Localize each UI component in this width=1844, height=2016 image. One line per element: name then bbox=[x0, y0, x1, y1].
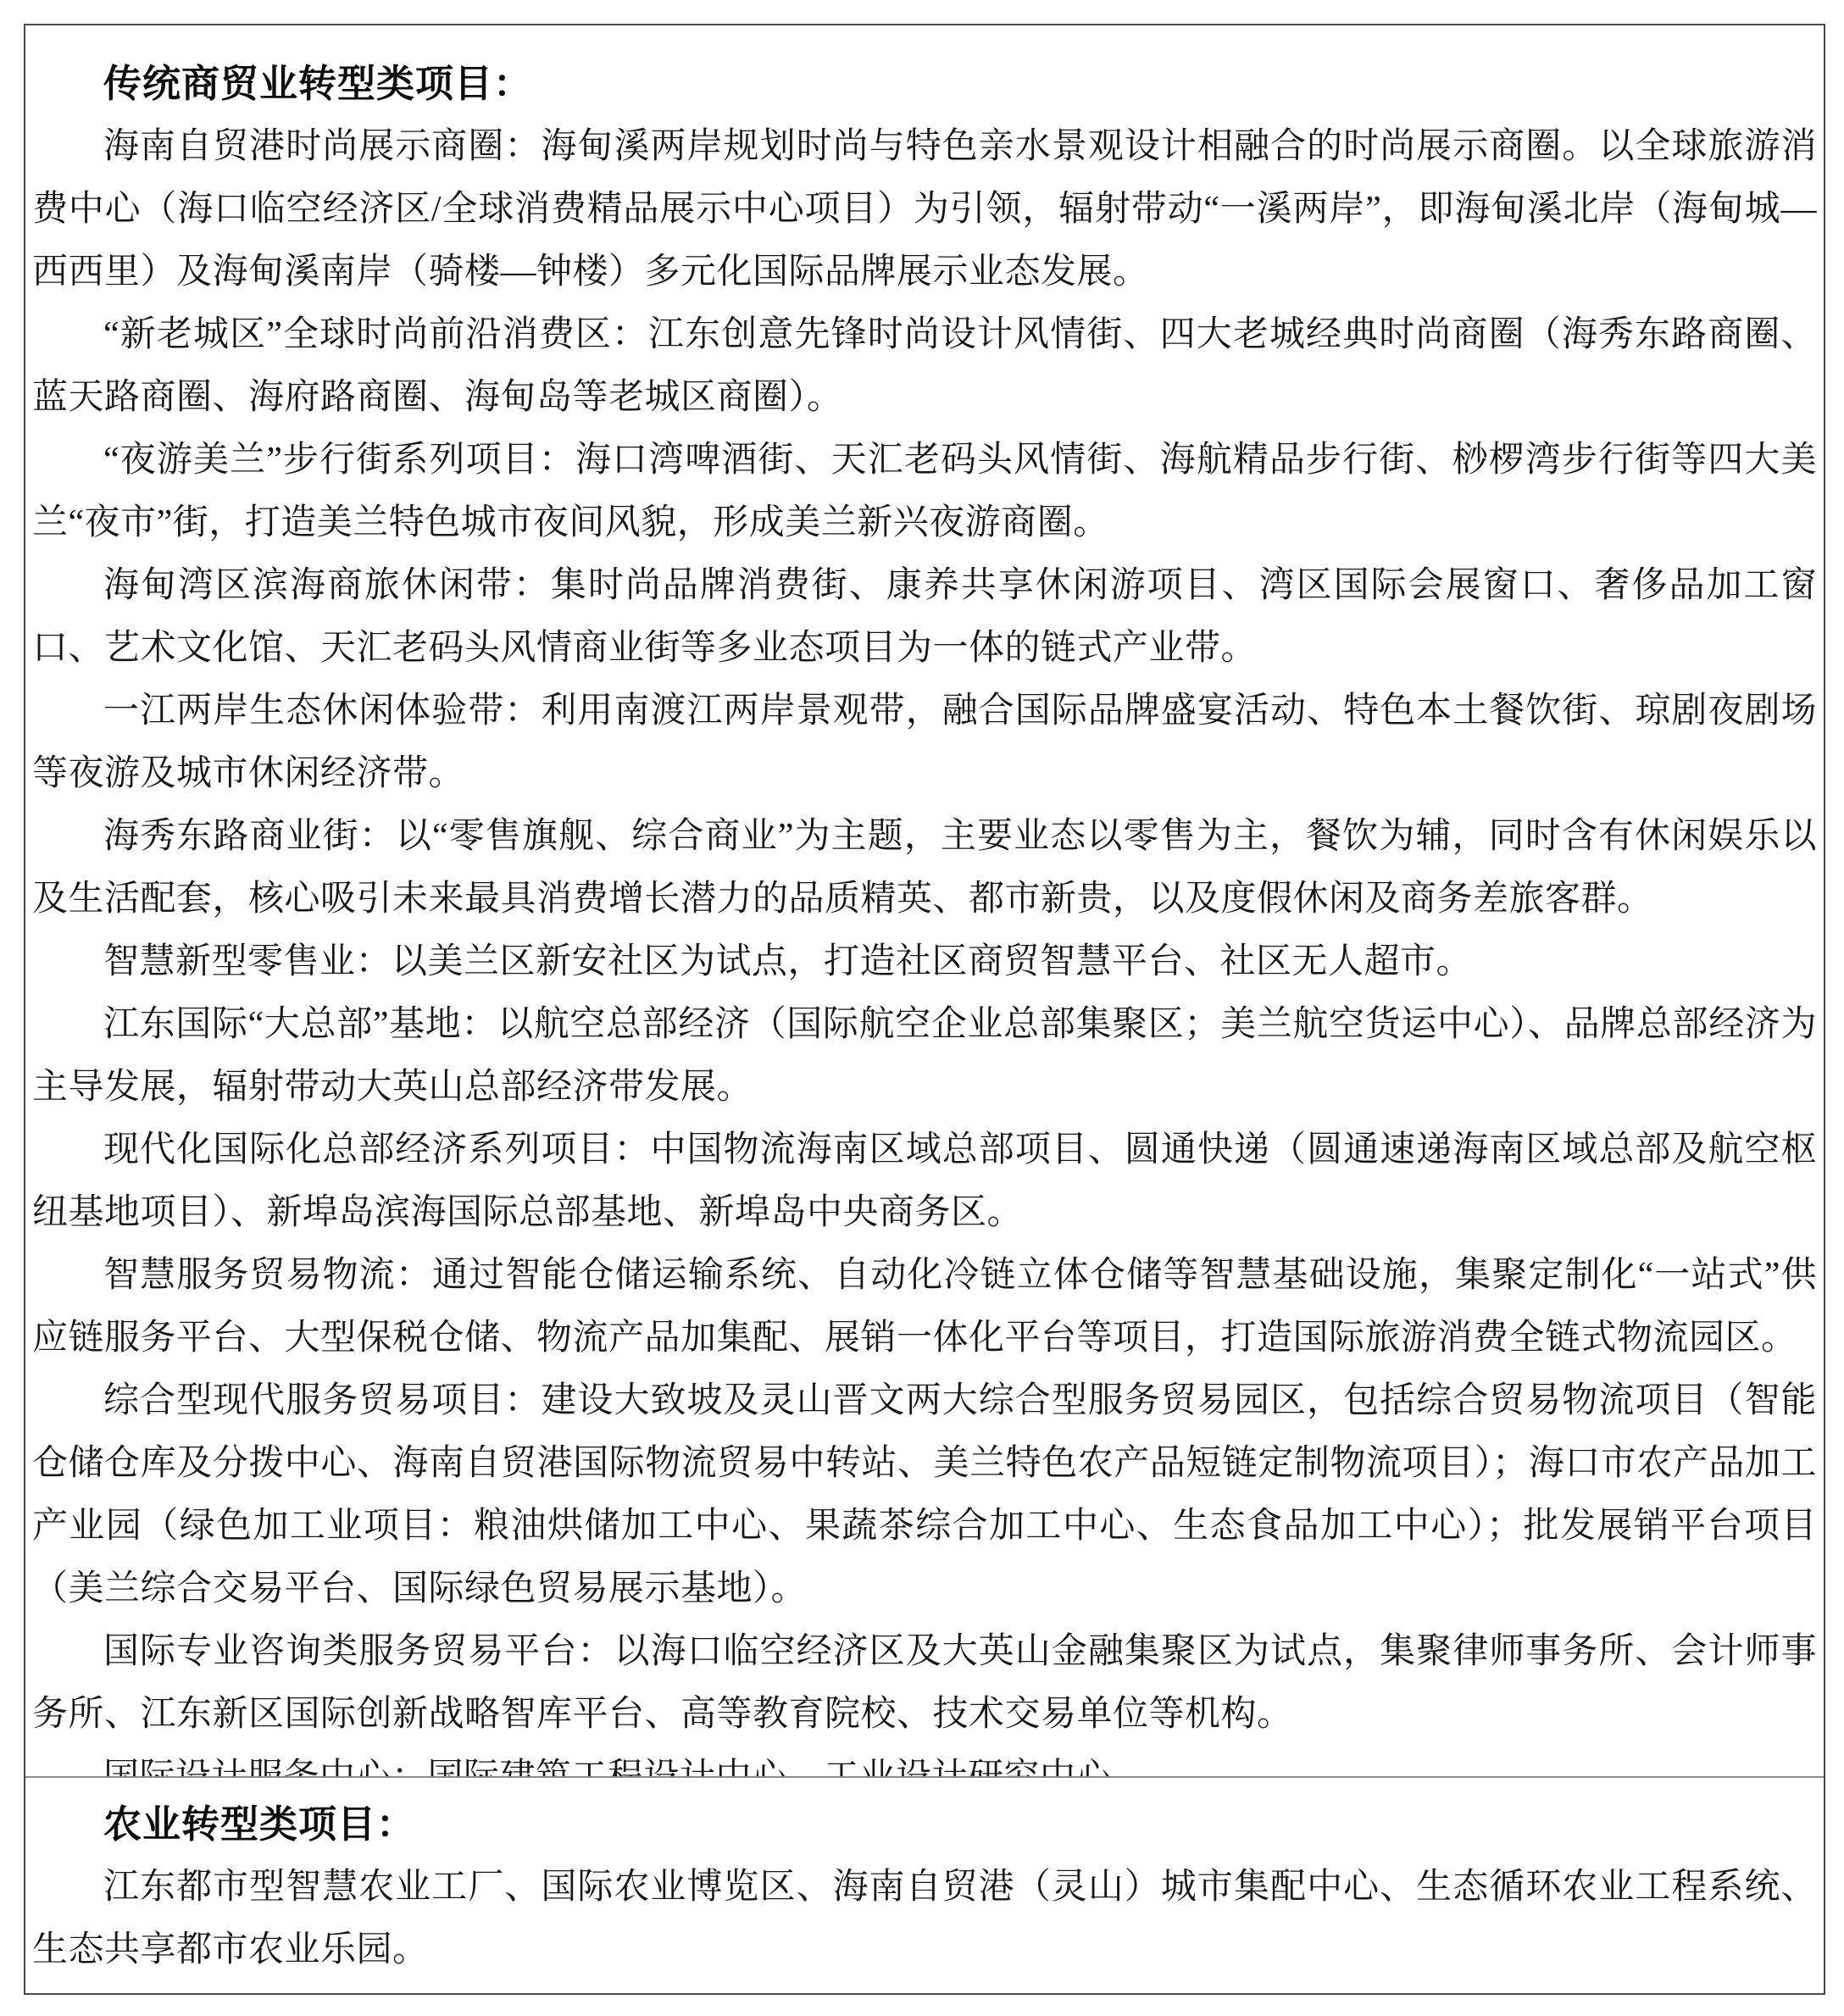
body-paragraph: 海甸湾区滨海商旅休闲带：集时尚品牌消费街、康养共享休闲游项目、湾区国际会展窗口、… bbox=[32, 554, 1817, 680]
body-paragraph: “夜游美兰”步行街系列项目：海口湾啤酒街、天汇老码头风情街、海航精品步行街、桫椤… bbox=[32, 429, 1817, 554]
body-paragraph: 现代化国际化总部经济系列项目：中国物流海南区域总部项目、圆通快递（圆通速递海南区… bbox=[32, 1119, 1817, 1244]
body-paragraph: 江东都市型智慧农业工厂、国际农业博览区、海南自贸港（灵山）城市集配中心、生态循环… bbox=[32, 1856, 1817, 1981]
body-paragraph: 智慧服务贸易物流：通过智能仓储运输系统、自动化冷链立体仓储等智慧基础设施，集聚定… bbox=[32, 1244, 1817, 1369]
body-paragraph: 国际设计服务中心：国际建筑工程设计中心、工业设计研究中心。 bbox=[32, 1746, 1817, 1776]
body-paragraph: 海南自贸港时尚展示商圈：海甸溪两岸规划时尚与特色亲水景观设计相融合的时尚展示商圈… bbox=[32, 115, 1817, 303]
body-paragraph: 智慧新型零售业：以美兰区新安社区为试点，打造社区商贸智慧平台、社区无人超市。 bbox=[32, 930, 1817, 993]
body-paragraph: 综合型现代服务贸易项目：建设大致坡及灵山晋文两大综合型服务贸易园区，包括综合贸易… bbox=[32, 1369, 1817, 1620]
section-heading: 传统商贸业转型类项目： bbox=[32, 53, 1817, 115]
section-heading: 农业转型类项目： bbox=[32, 1793, 1817, 1856]
body-paragraph: “新老城区”全球时尚前沿消费区：江东创意先锋时尚设计风情街、四大老城经典时尚商圈… bbox=[32, 303, 1817, 429]
page-border-frame: 传统商贸业转型类项目： 海南自贸港时尚展示商圈：海甸溪两岸规划时尚与特色亲水景观… bbox=[24, 24, 1825, 1995]
section-traditional-commerce: 传统商贸业转型类项目： 海南自贸港时尚展示商圈：海甸溪两岸规划时尚与特色亲水景观… bbox=[25, 25, 1824, 1776]
body-paragraph: 海秀东路商业街：以“零售旗舰、综合商业”为主题，主要业态以零售为主，餐饮为辅，同… bbox=[32, 805, 1817, 930]
section-agriculture: 农业转型类项目： 江东都市型智慧农业工厂、国际农业博览区、海南自贸港（灵山）城市… bbox=[25, 1778, 1824, 1993]
body-paragraph: 国际专业咨询类服务贸易平台：以海口临空经济区及大英山金融集聚区为试点，集聚律师事… bbox=[32, 1620, 1817, 1746]
body-paragraph: 江东国际“大总部”基地：以航空总部经济（国际航空企业总部集聚区；美兰航空货运中心… bbox=[32, 993, 1817, 1119]
body-paragraph: 一江两岸生态休闲体验带：利用南渡江两岸景观带，融合国际品牌盛宴活动、特色本土餐饮… bbox=[32, 680, 1817, 805]
document-page: { "document": { "sections": [ { "heading… bbox=[0, 0, 1844, 2016]
